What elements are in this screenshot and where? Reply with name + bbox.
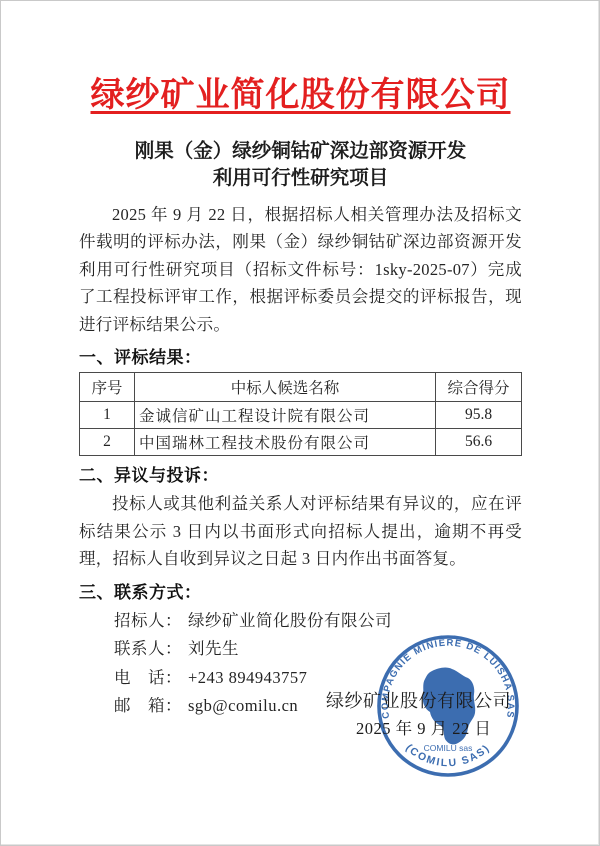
contact-value: +243 894943757: [188, 668, 307, 687]
table-header-row: 序号 中标人候选名称 综合得分: [80, 373, 522, 402]
col-header-candidate: 中标人候选名称: [135, 373, 436, 402]
table-row: 1 金诚信矿山工程设计院有限公司 95.8: [80, 402, 522, 429]
company-title: 绿纱矿业简化股份有限公司: [79, 75, 522, 118]
objection-paragraph: 投标人或其他利益关系人对评标结果有异议的，应在评标结果公示 3 日内以书面形式向…: [79, 490, 522, 573]
row2-candidate: 中国瑞林工程技术股份有限公司: [135, 429, 436, 456]
contact-label: 邮 箱：: [114, 696, 182, 715]
row1-candidate: 金诚信矿山工程设计院有限公司: [135, 402, 436, 429]
evaluation-results-table: 序号 中标人候选名称 综合得分 1 金诚信矿山工程设计院有限公司 95.8 2 …: [79, 372, 522, 456]
contact-label: 联系人：: [114, 639, 182, 658]
row2-score: 56.6: [436, 429, 522, 456]
document-content: 绿纱矿业简化股份有限公司 刚果（金）绿纱铜钴矿深边部资源开发 利用可行性研究项目…: [1, 1, 599, 721]
intro-paragraph: 2025 年 9 月 22 日，根据招标人相关管理办法及招标文件载明的评标办法，…: [79, 201, 522, 339]
table-row: 2 中国瑞林工程技术股份有限公司 56.6: [80, 429, 522, 456]
section1-heading: 一、评标结果：: [79, 343, 522, 368]
contact-value: 刘先生: [188, 639, 239, 658]
row1-score: 95.8: [436, 402, 522, 429]
col-header-score: 综合得分: [436, 373, 522, 402]
signature-company: 绿纱矿业股份有限公司: [326, 687, 511, 713]
project-title: 刚果（金）绿纱铜钴矿深边部资源开发 利用可行性研究项目: [79, 138, 522, 192]
project-title-line1: 刚果（金）绿纱铜钴矿深边部资源开发: [135, 141, 467, 162]
row1-seq: 1: [80, 402, 135, 429]
seal-center-text: COMILU sas: [424, 743, 473, 753]
project-title-line2: 利用可行性研究项目: [213, 168, 389, 189]
contact-label: 电 话：: [114, 668, 182, 687]
contact-label: 招标人：: [114, 611, 182, 630]
signature-date: 2025 年 9 月 22 日: [356, 715, 491, 739]
contact-value: 绿纱矿业简化股份有限公司: [188, 611, 392, 630]
document-page: 绿纱矿业简化股份有限公司 刚果（金）绿纱铜钴矿深边部资源开发 利用可行性研究项目…: [0, 0, 600, 846]
col-header-seq: 序号: [80, 373, 135, 402]
section2-heading: 二、异议与投诉：: [79, 461, 522, 486]
contact-value: sgb@comilu.cn: [188, 696, 298, 715]
section3-heading: 三、联系方式：: [79, 578, 522, 603]
row2-seq: 2: [80, 429, 135, 456]
